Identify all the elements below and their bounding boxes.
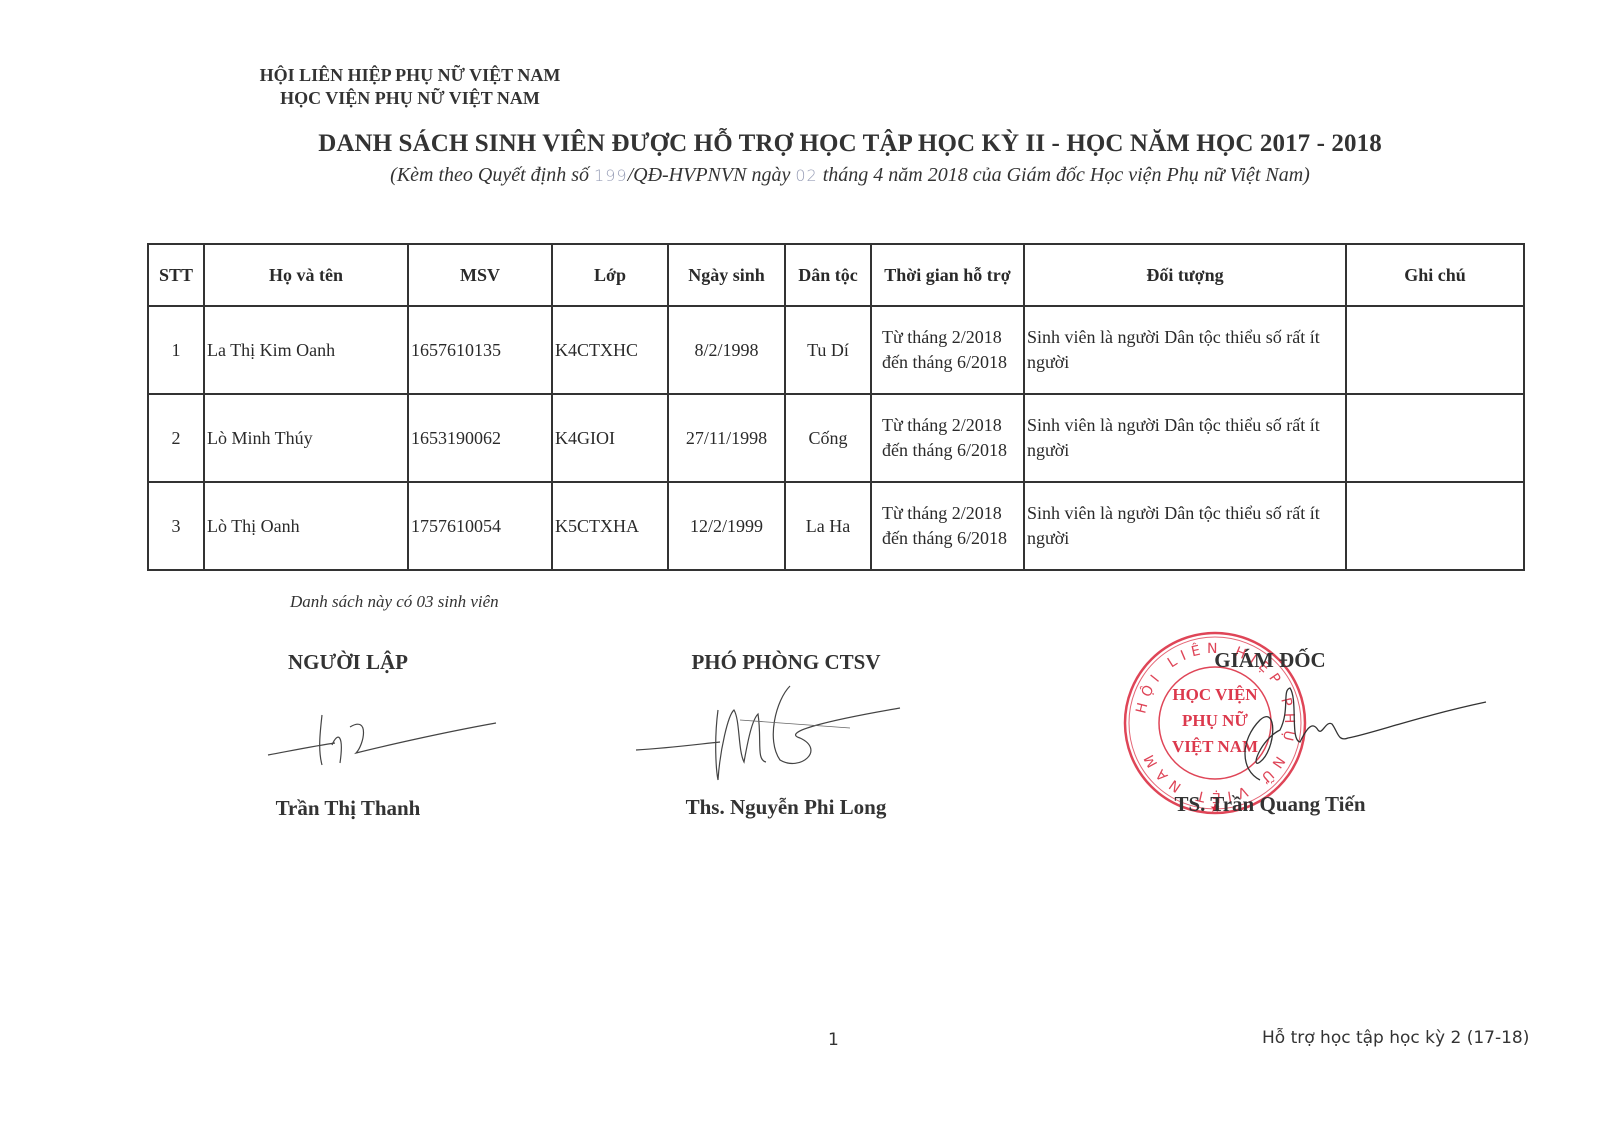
signature-role-preparer: NGƯỜI LẬP <box>188 650 508 675</box>
signature-role-deputy-head: PHÓ PHÒNG CTSV <box>626 650 946 675</box>
signature-name-preparer: Trần Thị Thanh <box>188 796 508 821</box>
cell-target: Sinh viên là người Dân tộc thiểu số rất … <box>1024 394 1346 482</box>
cell-class: K5CTXHA <box>552 482 668 570</box>
cell-msv: 1653190062 <box>408 394 552 482</box>
document-subtitle: (Kèm theo Quyết định số 199/QĐ-HVPNVN ng… <box>150 164 1550 187</box>
cell-target: Sinh viên là người Dân tộc thiểu số rất … <box>1024 482 1346 570</box>
header-dob: Ngày sinh <box>668 244 785 306</box>
cell-stt: 1 <box>148 306 204 394</box>
cell-name: Lò Minh Thúy <box>204 394 408 482</box>
cell-dob: 27/11/1998 <box>668 394 785 482</box>
cell-dob: 8/2/1998 <box>668 306 785 394</box>
cell-ethnicity: Tu Dí <box>785 306 871 394</box>
org-line-2: HỌC VIỆN PHỤ NỮ VIỆT NAM <box>250 87 570 110</box>
cell-msv: 1657610135 <box>408 306 552 394</box>
decision-number-handwritten: 199 <box>594 166 628 185</box>
cell-msv: 1757610054 <box>408 482 552 570</box>
cell-class: K4CTXHC <box>552 306 668 394</box>
cell-name: Lò Thị Oanh <box>204 482 408 570</box>
header-target: Đối tượng <box>1024 244 1346 306</box>
header-msv: MSV <box>408 244 552 306</box>
period-line-2: đến tháng 6/2018 <box>882 350 1021 375</box>
table-row: 2 Lò Minh Thúy 1653190062 K4GIOI 27/11/1… <box>148 394 1524 482</box>
document-title: DANH SÁCH SINH VIÊN ĐƯỢC HỖ TRỢ HỌC TẬP … <box>150 130 1550 158</box>
cell-name: La Thị Kim Oanh <box>204 306 408 394</box>
table-row: 3 Lò Thị Oanh 1757610054 K5CTXHA 12/2/19… <box>148 482 1524 570</box>
header-name: Họ và tên <box>204 244 408 306</box>
table-header-row: STT Họ và tên MSV Lớp Ngày sinh Dân tộc … <box>148 244 1524 306</box>
signature-name-director: TS. Trần Quang Tiến <box>1110 792 1430 817</box>
cell-note <box>1346 482 1524 570</box>
period-line-2: đến tháng 6/2018 <box>882 438 1021 463</box>
cell-note <box>1346 394 1524 482</box>
subtitle-suffix: tháng 4 năm 2018 của Giám đốc Học viện P… <box>818 164 1310 186</box>
cell-stt: 3 <box>148 482 204 570</box>
cell-target: Sinh viên là người Dân tộc thiểu số rất … <box>1024 306 1346 394</box>
period-line-1: Từ tháng 2/2018 <box>882 325 1021 350</box>
cell-period: Từ tháng 2/2018 đến tháng 6/2018 <box>871 482 1024 570</box>
header-ethnicity: Dân tộc <box>785 244 871 306</box>
student-table: STT Họ và tên MSV Lớp Ngày sinh Dân tộc … <box>147 243 1525 571</box>
cell-period: Từ tháng 2/2018 đến tháng 6/2018 <box>871 394 1024 482</box>
period-line-1: Từ tháng 2/2018 <box>882 413 1021 438</box>
signature-role-director: GIÁM ĐỐC <box>1110 648 1430 673</box>
signature-scribble-director <box>1220 680 1490 790</box>
signature-name-deputy-head: Ths. Nguyễn Phi Long <box>626 795 946 820</box>
cell-note <box>1346 306 1524 394</box>
org-line-1: HỘI LIÊN HIỆP PHỤ NỮ VIỆT NAM <box>250 64 570 87</box>
header-stt: STT <box>148 244 204 306</box>
table-row: 1 La Thị Kim Oanh 1657610135 K4CTXHC 8/2… <box>148 306 1524 394</box>
signature-scribble-preparer <box>260 705 500 775</box>
header-class: Lớp <box>552 244 668 306</box>
day-handwritten: 02 <box>795 166 817 185</box>
period-line-2: đến tháng 6/2018 <box>882 526 1021 551</box>
subtitle-mid: /QĐ-HVPNVN ngày <box>628 164 796 186</box>
cell-dob: 12/2/1999 <box>668 482 785 570</box>
header-note: Ghi chú <box>1346 244 1524 306</box>
page-number: 1 <box>828 1030 839 1050</box>
subtitle-prefix: (Kèm theo Quyết định số <box>390 164 594 186</box>
footer-document-label: Hỗ trợ học tập học kỳ 2 (17-18) <box>1262 1028 1529 1048</box>
header-period: Thời gian hỗ trợ <box>871 244 1024 306</box>
list-summary: Danh sách này có 03 sinh viên <box>290 592 499 612</box>
cell-ethnicity: La Ha <box>785 482 871 570</box>
period-line-1: Từ tháng 2/2018 <box>882 501 1021 526</box>
signature-scribble-deputy-head <box>630 680 910 790</box>
cell-ethnicity: Cống <box>785 394 871 482</box>
cell-stt: 2 <box>148 394 204 482</box>
cell-period: Từ tháng 2/2018 đến tháng 6/2018 <box>871 306 1024 394</box>
cell-class: K4GIOI <box>552 394 668 482</box>
organization-header: HỘI LIÊN HIỆP PHỤ NỮ VIỆT NAM HỌC VIỆN P… <box>250 64 570 110</box>
